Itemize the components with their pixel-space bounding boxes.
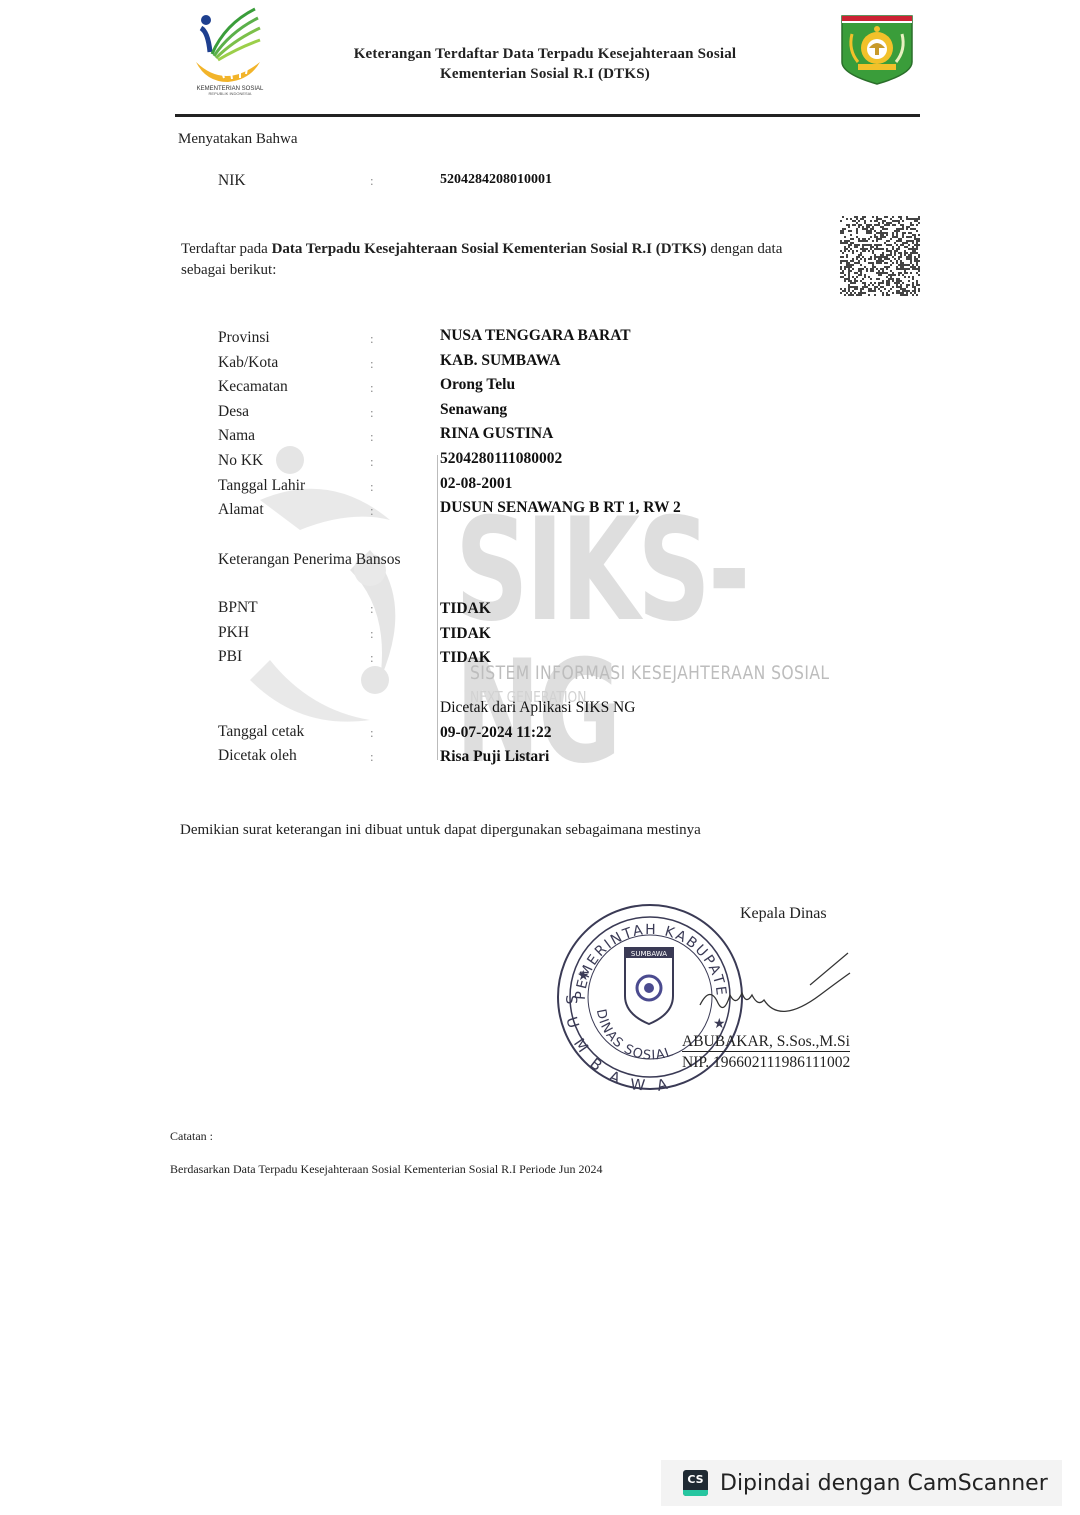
- kementerian-sosial-logo: KEMENTERIAN SOSIAL REPUBLIK INDONESIA: [190, 4, 270, 96]
- kabupaten-sumbawa-emblem: [838, 12, 916, 86]
- print-by-colon: :: [370, 749, 374, 765]
- stamp-shield-text: SUMBAWA: [631, 950, 667, 958]
- description-bold: Data Terpadu Kesejahteraan Sosial Kement…: [272, 241, 707, 257]
- qr-code: [840, 216, 920, 296]
- bansos-value: TIDAK: [440, 600, 491, 618]
- document-title: Keterangan Terdaftar Data Terpadu Keseja…: [300, 44, 790, 84]
- header-divider: [175, 114, 920, 117]
- bansos-heading: Keterangan Penerima Bansos: [218, 551, 401, 569]
- title-line-1: Keterangan Terdaftar Data Terpadu Keseja…: [300, 44, 790, 64]
- field-value: Orong Telu: [440, 376, 515, 394]
- field-value: Senawang: [440, 401, 507, 419]
- print-date-value: 09-07-2024 11:22: [440, 724, 552, 742]
- field-colon: :: [370, 405, 374, 421]
- print-by-value: Risa Puji Listari: [440, 748, 549, 766]
- closing-statement: Demikian surat keterangan ini dibuat unt…: [180, 822, 701, 839]
- watermark-subtitle: SISTEM INFORMASI KESEJAHTERAAN SOSIAL: [470, 662, 830, 684]
- field-label: Tanggal Lahir: [218, 477, 305, 495]
- field-value: DUSUN SENAWANG B RT 1, RW 2: [440, 499, 681, 517]
- handwritten-signature: [690, 945, 860, 1035]
- bansos-colon: :: [370, 650, 374, 666]
- svg-text:★: ★: [577, 969, 590, 984]
- signatory-title: Kepala Dinas: [740, 905, 827, 923]
- bansos-label: BPNT: [218, 599, 258, 617]
- field-colon: :: [370, 454, 374, 470]
- bansos-colon: :: [370, 601, 374, 617]
- field-colon: :: [370, 356, 374, 372]
- field-colon: :: [370, 380, 374, 396]
- registration-description: Terdaftar pada Data Terpadu Kesejahteraa…: [181, 239, 831, 281]
- print-date-label: Tanggal cetak: [218, 723, 304, 741]
- field-value: 02-08-2001: [440, 475, 512, 493]
- field-label: Nama: [218, 427, 255, 445]
- notes-body: Berdasarkan Data Terpadu Kesejahteraan S…: [170, 1162, 602, 1177]
- field-label: Desa: [218, 403, 249, 421]
- bansos-value: TIDAK: [440, 625, 491, 643]
- description-prefix: Terdaftar pada: [181, 241, 272, 257]
- signatory-name: ABUBAKAR, S.Sos.,M.Si: [682, 1033, 850, 1052]
- nik-colon: :: [370, 173, 374, 189]
- notes-label: Catatan :: [170, 1129, 213, 1144]
- bansos-colon: :: [370, 626, 374, 642]
- bansos-value: TIDAK: [440, 649, 491, 667]
- field-value: KAB. SUMBAWA: [440, 352, 561, 370]
- nik-row: NIK : 5204284208010001: [0, 172, 1080, 192]
- print-by-label: Dicetak oleh: [218, 747, 297, 765]
- field-label: Alamat: [218, 501, 264, 519]
- nik-value: 5204284208010001: [440, 172, 552, 188]
- field-colon: :: [370, 429, 374, 445]
- field-colon: :: [370, 479, 374, 495]
- svg-text:REPUBLIK INDONESIA: REPUBLIK INDONESIA: [209, 91, 252, 96]
- print-date-colon: :: [370, 725, 374, 741]
- bansos-label: PBI: [218, 648, 242, 666]
- bansos-label: PKH: [218, 624, 249, 642]
- nik-label: NIK: [218, 172, 246, 190]
- signatory-nip: NIP. 196602111986111002: [682, 1054, 850, 1072]
- column-divider: [437, 455, 438, 760]
- camscanner-icon: CS: [683, 1470, 708, 1496]
- field-label: Kab/Kota: [218, 354, 278, 372]
- field-value: NUSA TENGGARA BARAT: [440, 327, 631, 345]
- title-line-2: Kementerian Sosial R.I (DTKS): [300, 64, 790, 84]
- field-label: Provinsi: [218, 329, 270, 347]
- field-value: 5204280111080002: [440, 450, 562, 468]
- field-colon: :: [370, 331, 374, 347]
- field-colon: :: [370, 503, 374, 519]
- field-label: Kecamatan: [218, 378, 288, 396]
- print-source: Dicetak dari Aplikasi SIKS NG: [440, 699, 635, 717]
- field-value: RINA GUSTINA: [440, 425, 553, 443]
- camscanner-text: Dipindai dengan CamScanner: [720, 1471, 1048, 1496]
- camscanner-badge: CS Dipindai dengan CamScanner: [661, 1460, 1062, 1506]
- field-label: No KK: [218, 452, 263, 470]
- intro-text: Menyatakan Bahwa: [178, 131, 298, 148]
